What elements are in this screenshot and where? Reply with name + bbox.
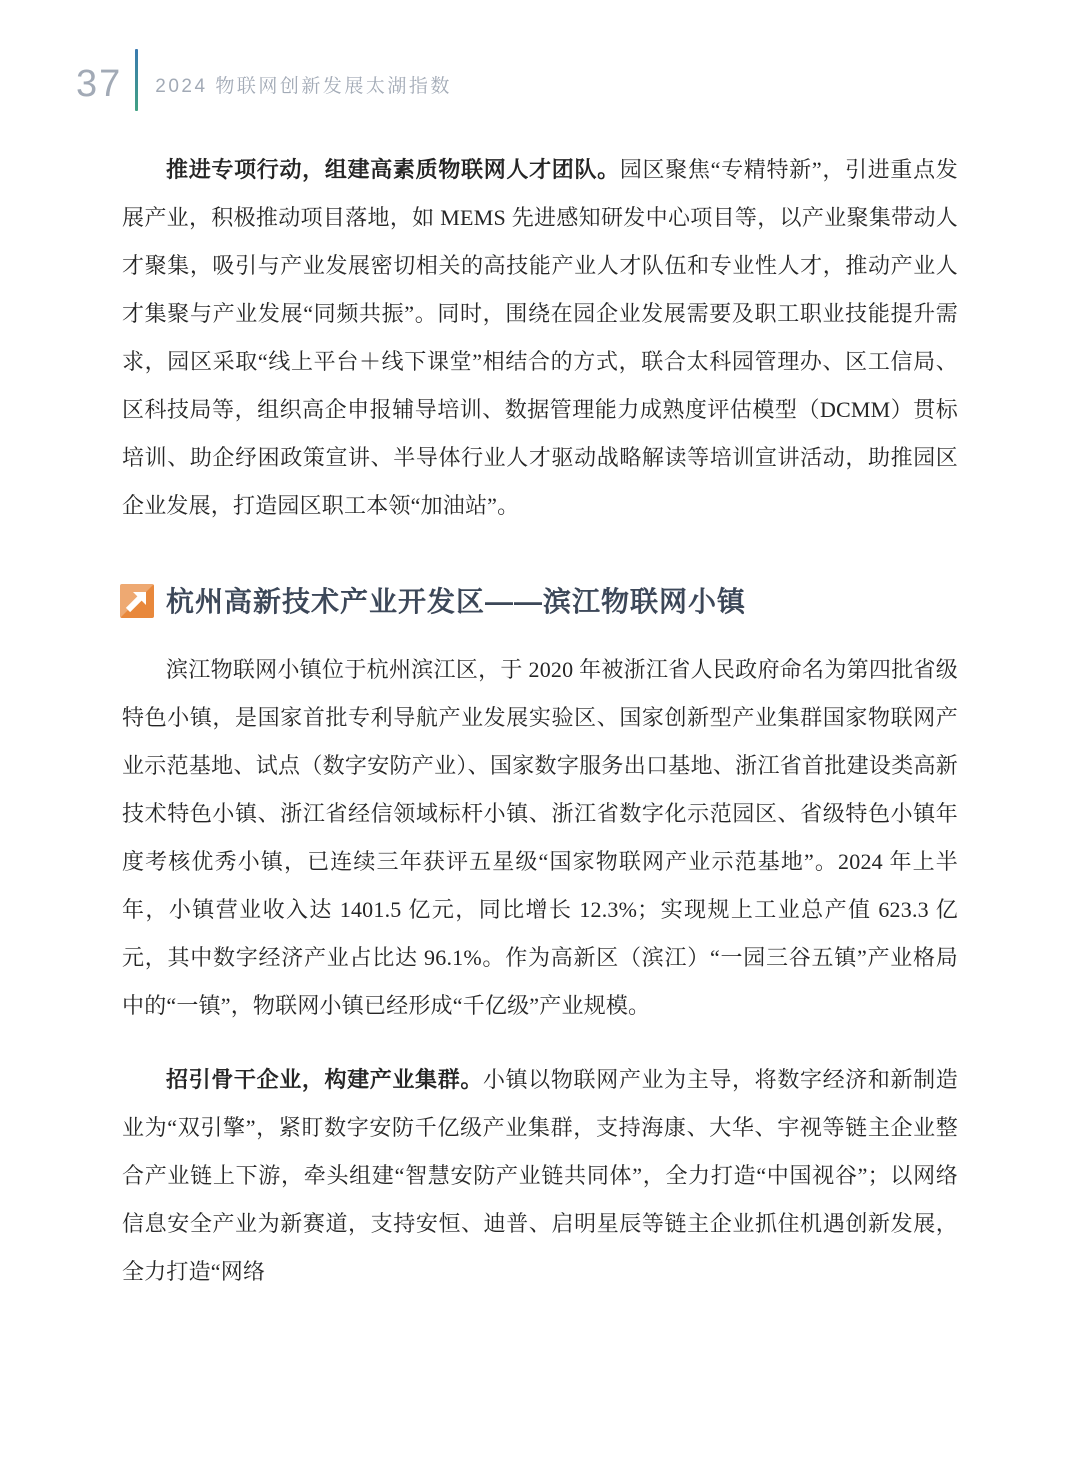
arrow-up-right-icon [120,584,154,618]
section-heading: 杭州高新技术产业开发区——滨江物联网小镇 [120,584,958,620]
header-divider [135,49,138,111]
paragraph-text: 小镇以物联网产业为主导，将数字经济和新制造业为“双引擎”，紧盯数字安防千亿级产业… [122,1067,958,1284]
paragraph-text: 园区聚焦“专精特新”，引进重点发展产业，积极推动项目落地，如 MEMS 先进感知… [122,157,958,518]
paragraph-lead: 推进专项行动，组建高素质物联网人才团队。 [166,157,620,182]
paragraph-enterprise-cluster: 招引骨干企业，构建产业集群。小镇以物联网产业为主导，将数字经济和新制造业为“双引… [122,1056,958,1296]
report-title: 2024 物联网创新发展太湖指数 [155,77,452,96]
paragraph-talent-team: 推进专项行动，组建高素质物联网人才团队。园区聚焦“专精特新”，引进重点发展产业，… [122,146,958,530]
paragraph-town-intro: 滨江物联网小镇位于杭州滨江区，于 2020 年被浙江省人民政府命名为第四批省级特… [122,646,958,1030]
page-number: 37 [76,65,122,103]
paragraph-lead: 招引骨干企业，构建产业集群。 [166,1067,483,1092]
document-body: 推进专项行动，组建高素质物联网人才团队。园区聚焦“专精特新”，引进重点发展产业，… [122,84,958,1296]
paragraph-text: 滨江物联网小镇位于杭州滨江区，于 2020 年被浙江省人民政府命名为第四批省级特… [122,657,958,1018]
section-heading-label: 杭州高新技术产业开发区——滨江物联网小镇 [166,584,746,620]
document-page: 37 2024 物联网创新发展太湖指数 推进专项行动，组建高素质物联网人才团队。… [0,0,1080,1466]
page-header: 37 2024 物联网创新发展太湖指数 [0,0,1080,84]
